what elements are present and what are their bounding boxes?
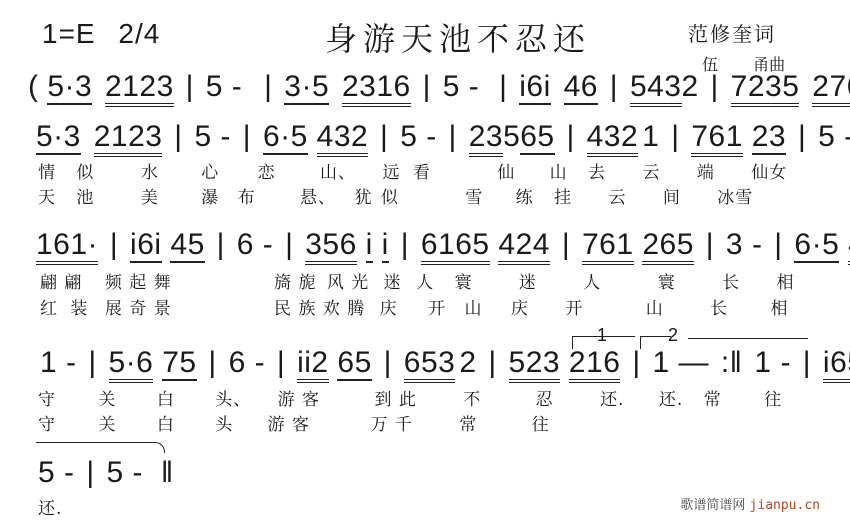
- note-group: 6 -: [237, 228, 274, 262]
- barline: |: [559, 228, 573, 262]
- note-group: 2123: [94, 122, 163, 157]
- lyric: 展: [105, 294, 123, 319]
- note-group: i65: [823, 348, 850, 383]
- lyric: 瀑: [201, 183, 219, 208]
- note-group: 5 -: [443, 70, 480, 104]
- lyric: 常: [459, 410, 477, 435]
- note-group: 5 -: [818, 120, 850, 154]
- note-group: i: [382, 230, 389, 263]
- lyric: 冰雪: [717, 183, 753, 208]
- song-title: 身游天池不忍还: [325, 14, 591, 60]
- volta-label-1: 1: [597, 325, 607, 346]
- lyric: 忍: [536, 385, 554, 410]
- lyric: 白: [157, 410, 175, 435]
- note-group: 761: [582, 230, 634, 265]
- lyric: 人: [416, 268, 434, 293]
- lyricist-credit: 范修奎词: [688, 18, 776, 47]
- lyric: 山、: [320, 158, 356, 183]
- barline: |: [446, 120, 460, 154]
- barline: |: [85, 346, 99, 380]
- lyric: 美: [141, 183, 159, 208]
- note-group: 161·: [36, 230, 98, 265]
- lyrics-row-3-verse-1: 守 关 白 头、 游 客 到 此 不 忍 还. 还. 常 往: [38, 385, 782, 410]
- note-group: 1: [642, 120, 659, 154]
- barline: |: [607, 70, 621, 104]
- note-group: 45: [170, 230, 204, 263]
- lyrics-row-1-verse-1: 情 似 水 心 恋 山、 远 看 仙 山 去 云 端 仙女: [38, 158, 787, 183]
- lyric: 往: [532, 410, 550, 435]
- time-signature: 2/4: [118, 18, 160, 49]
- lyrics-row-2-verse-2: 红 装 展 奇 景 民 族 欢 腾 庆 开 山 庆 开 山 长 相: [40, 294, 789, 319]
- note-group: 6·5: [794, 230, 839, 263]
- staff-row-2: 161· | i6i 45 | 6 - | 356 i i | 6165 424…: [36, 228, 850, 265]
- lyric: 守: [38, 385, 56, 410]
- note-group: 5 -: [206, 70, 243, 104]
- barline: |: [261, 70, 275, 104]
- lyric: 到: [374, 385, 392, 410]
- lyric: 心: [201, 158, 219, 183]
- lyric: 似: [381, 183, 399, 208]
- note-group: 432: [317, 122, 369, 157]
- note-group: 424: [498, 230, 550, 265]
- barline: |: [183, 70, 197, 104]
- barline: |: [205, 346, 219, 380]
- lyric: 云: [608, 183, 626, 208]
- lyrics-row-1-verse-2: 天 池 美 瀑 布 悬、 犹 似 雪 练 挂 云 间 冰雪: [38, 183, 753, 208]
- note-group: 3·5: [284, 72, 329, 105]
- lyric: 迷: [519, 268, 537, 293]
- lyric: 光: [351, 268, 369, 293]
- barline: |: [708, 70, 722, 104]
- lyric: 山: [464, 294, 482, 319]
- note-group: ii2: [297, 348, 329, 383]
- barline: |: [800, 346, 814, 380]
- note-group: 2123: [105, 72, 174, 107]
- lyric: 情: [38, 158, 56, 183]
- note-group: 7235: [731, 72, 800, 107]
- lyric: 庆: [511, 294, 529, 319]
- lyric: 头、: [215, 385, 251, 410]
- lyric: 关: [98, 385, 116, 410]
- lyric: 雪: [465, 183, 483, 208]
- note-group: 5·3: [36, 122, 81, 155]
- lyric: 旎: [298, 268, 316, 293]
- lyric: 云: [642, 158, 660, 183]
- note-group: 5 -: [400, 120, 437, 154]
- lyric: 犹: [354, 183, 372, 208]
- note-group: 265: [642, 230, 694, 265]
- staff-row-3: 1 - | 5·6 75 | 6 - | ii2 65 | 6532 | 523…: [40, 346, 850, 383]
- note-group: 543: [630, 72, 682, 107]
- lyric: 常: [704, 385, 722, 410]
- lyric: 远: [382, 158, 400, 183]
- lyric: 白: [157, 385, 175, 410]
- note-group: 5: [503, 120, 520, 154]
- lyric: 长: [722, 268, 740, 293]
- note-group: 5·3: [47, 72, 92, 105]
- ending-bracket: [36, 442, 165, 453]
- lyric: 开: [428, 294, 446, 319]
- note-group: 523: [509, 348, 561, 383]
- barline: |: [381, 346, 395, 380]
- note-group: 3 -: [726, 228, 763, 262]
- note-group: 5 -: [194, 120, 231, 154]
- lyric: 似: [76, 158, 94, 183]
- lyrics-row-2-verse-1: 翩 翩 频 起 舞 旖 旎 风 光 迷 人 寰 迷 人 寰 长 相: [40, 268, 795, 293]
- lyric: 天: [38, 183, 56, 208]
- lyric: 水: [141, 158, 159, 183]
- note-group: 2: [682, 70, 699, 104]
- lyric: 欢: [323, 294, 341, 319]
- lyric: 间: [663, 183, 681, 208]
- watermark-cn: 歌谱简谱网: [680, 498, 745, 513]
- note-group: (: [28, 70, 39, 104]
- watermark-site: jianpu.cn: [750, 498, 820, 513]
- barline: |: [771, 228, 785, 262]
- key-time-signature: 1=E 2/4: [42, 18, 160, 50]
- lyric: 关: [98, 410, 116, 435]
- lyric: 开: [565, 294, 583, 319]
- lyric: 翩: [64, 268, 82, 293]
- lyric: 不: [463, 385, 481, 410]
- lyric: 寰: [454, 268, 472, 293]
- note-group: 5 -: [38, 456, 75, 490]
- lyric: 旖: [274, 268, 292, 293]
- lyric: 往: [764, 385, 782, 410]
- note-group: 1 -: [40, 346, 77, 380]
- barline: |: [240, 120, 254, 154]
- lyric: 布: [238, 183, 256, 208]
- lyric: 练: [516, 183, 534, 208]
- lyric: 起: [129, 268, 147, 293]
- lyric: 山: [646, 294, 664, 319]
- lyric: 游: [278, 385, 296, 410]
- lyric: 去: [588, 158, 606, 183]
- lyric: 守: [38, 410, 56, 435]
- note-group: 2: [459, 346, 476, 380]
- note-group: 5 -: [107, 456, 144, 490]
- watermark: 歌谱简谱网 jianpu.cn: [680, 494, 820, 513]
- volta-label-2: 2: [668, 325, 678, 346]
- note-group: 356: [305, 230, 357, 265]
- barline: |: [496, 70, 510, 104]
- lyric: 游: [268, 410, 286, 435]
- lyric: 客: [302, 385, 320, 410]
- lyric: 还.: [38, 494, 62, 519]
- lyrics-row-ending: 还.: [38, 494, 62, 519]
- barline: |: [171, 120, 185, 154]
- note-group: 23: [752, 122, 786, 155]
- key-signature: 1=E: [42, 18, 96, 49]
- barline: |: [83, 456, 97, 490]
- lyric: 头: [215, 410, 233, 435]
- note-group: 216: [569, 348, 621, 383]
- lyrics-row-3-verse-2: 守 关 白 头 游 客 万 千 常 往: [38, 410, 550, 435]
- note-group: 653: [404, 348, 456, 383]
- barline: |: [795, 120, 809, 154]
- lyric: 族: [298, 294, 316, 319]
- barline: |: [563, 120, 577, 154]
- lyric: 仙: [497, 158, 515, 183]
- barline: |: [377, 120, 391, 154]
- lyric: 还.: [600, 385, 624, 410]
- lyric: 景: [154, 294, 172, 319]
- lyric: 长: [710, 294, 728, 319]
- note-group: 1 —: [652, 346, 709, 380]
- lyric: 山: [550, 158, 568, 183]
- staff-row-intro: ( 5·3 2123 | 5 - | 3·5 2316 | 5 - | i6i …: [28, 70, 850, 107]
- note-group: 2316: [342, 72, 411, 107]
- lyric: 奇: [129, 294, 147, 319]
- note-group: i: [366, 230, 373, 263]
- barline: |: [398, 228, 412, 262]
- note-group: i6i: [519, 72, 551, 105]
- lyric: 看: [413, 158, 431, 183]
- barline: |: [629, 346, 643, 380]
- lyric: 装: [70, 294, 88, 319]
- repeat-end-barline: :‖: [718, 346, 746, 380]
- lyric: 舞: [154, 268, 172, 293]
- lyric: 频: [105, 268, 123, 293]
- barline: |: [282, 228, 296, 262]
- lyric: 还.: [659, 385, 683, 410]
- barline: |: [214, 228, 228, 262]
- note-group: 46: [564, 72, 598, 105]
- lyric: 翩: [40, 268, 58, 293]
- note-group: 6 -: [229, 346, 266, 380]
- lyric: 仙女: [751, 158, 787, 183]
- lyric: 池: [76, 183, 94, 208]
- note-group: 5·6: [109, 348, 154, 383]
- lyric: 庆: [380, 294, 398, 319]
- note-group: 6·5: [263, 122, 308, 155]
- barline: |: [703, 228, 717, 262]
- lyric: 人: [583, 268, 601, 293]
- lyric: 民: [274, 294, 292, 319]
- barline: |: [668, 120, 682, 154]
- lyric: 挂: [554, 183, 572, 208]
- barline: |: [107, 228, 121, 262]
- lyric: 红: [40, 294, 58, 319]
- lyric: 恋: [258, 158, 276, 183]
- note-group: 2765: [812, 72, 850, 107]
- lyric: 相: [771, 294, 789, 319]
- final-barline: ‖: [158, 456, 177, 490]
- lyric: 风: [327, 268, 345, 293]
- note-group: 432: [587, 122, 639, 157]
- lyric: 客: [292, 410, 310, 435]
- note-group: i6i: [130, 230, 162, 263]
- lyric: 千: [395, 410, 413, 435]
- lyric: 万: [370, 410, 388, 435]
- lyric: 寰: [658, 268, 676, 293]
- note-group: 23: [469, 122, 503, 157]
- note-group: 75: [162, 348, 196, 381]
- lyric: 腾: [347, 294, 365, 319]
- staff-row-ending: 5 - | 5 - ‖: [38, 456, 177, 490]
- barline: |: [420, 70, 434, 104]
- note-group: 1 -: [754, 346, 791, 380]
- note-group: 761: [691, 122, 743, 157]
- lyric: 悬、: [300, 183, 336, 208]
- lyric: 相: [777, 268, 795, 293]
- lyric: 迷: [384, 268, 402, 293]
- note-group: 6165: [421, 230, 490, 265]
- note-group: 65: [337, 348, 371, 381]
- staff-row-1: 5·3 2123 | 5 - | 6·5 432 | 5 - | 23565 |…: [36, 120, 850, 157]
- barline: |: [274, 346, 288, 380]
- lyric: 此: [399, 385, 417, 410]
- barline: |: [485, 346, 499, 380]
- note-group: 65: [520, 122, 554, 155]
- lyric: 端: [697, 158, 715, 183]
